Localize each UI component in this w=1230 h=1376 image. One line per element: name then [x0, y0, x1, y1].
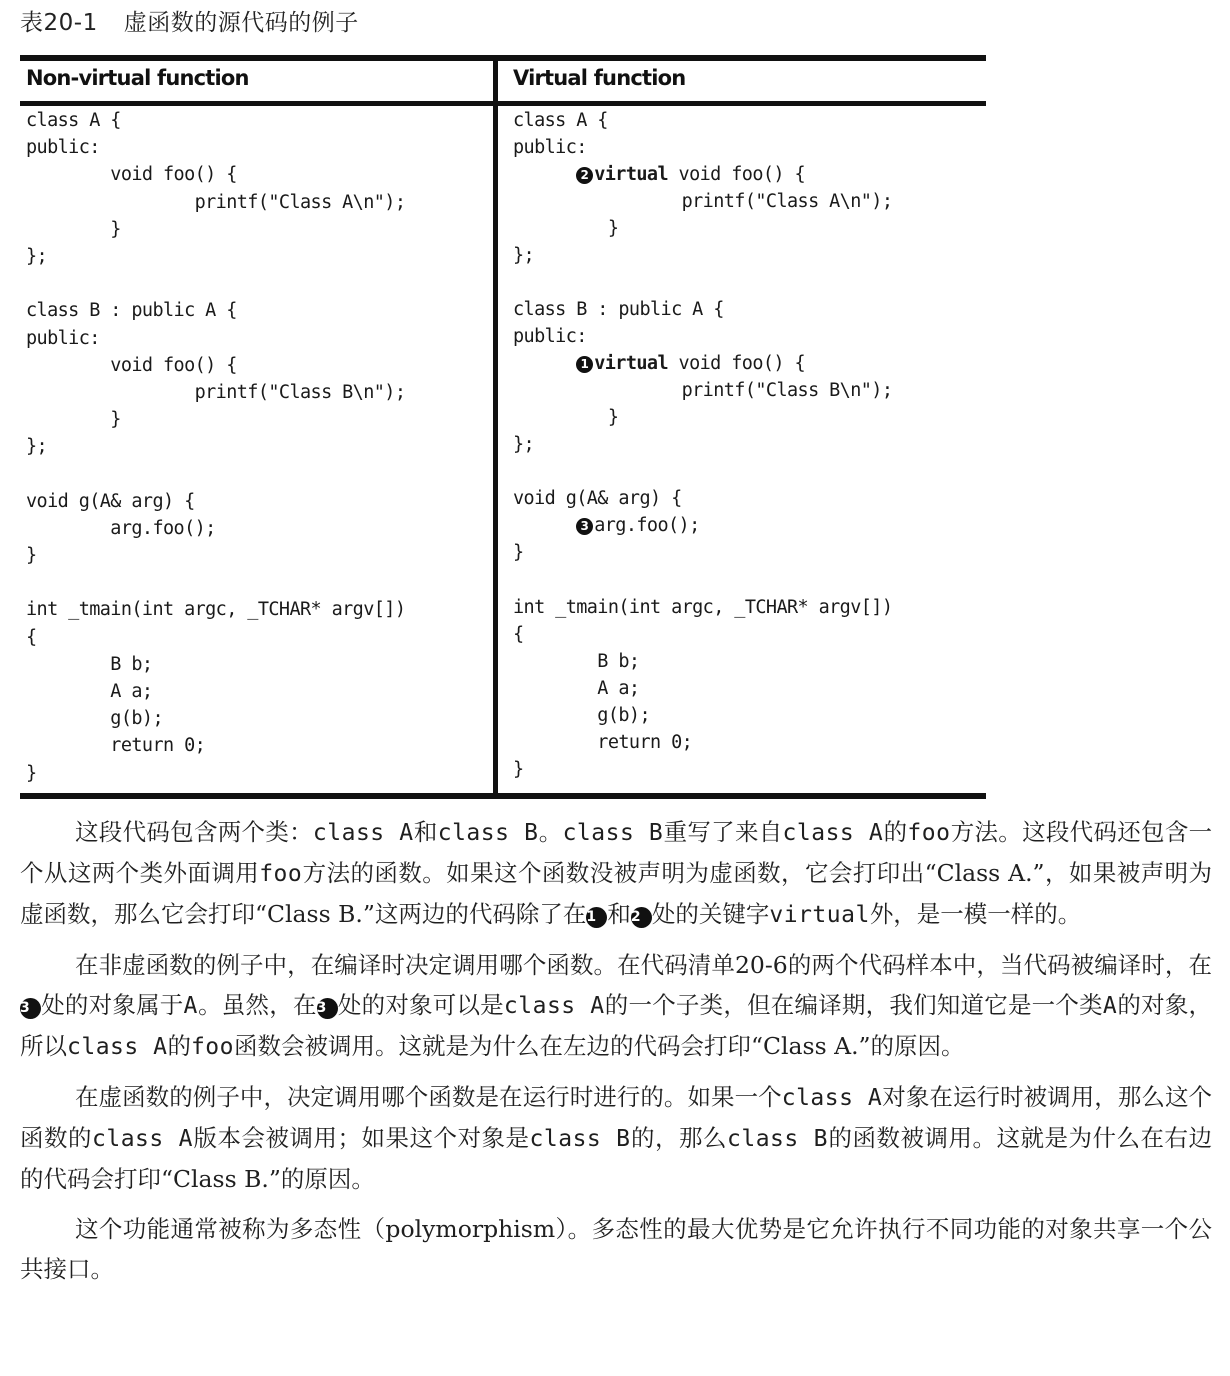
code-line: int _tmain(int argc, _TCHAR* argv[]) — [26, 596, 405, 623]
code-line: printf("Class A\n"); — [26, 189, 405, 216]
inline-code: foo — [259, 861, 302, 887]
column-header-non-virtual: Non-virtual function — [26, 63, 249, 99]
code-line — [26, 460, 405, 487]
callout-marker-1: 1 — [576, 356, 593, 373]
code-line: }; — [513, 242, 892, 269]
code-line: public: — [26, 134, 405, 161]
inline-code: foo — [191, 1034, 234, 1060]
code-comparison-table: Non-virtual function Virtual function cl… — [20, 55, 986, 800]
code-line — [26, 270, 405, 297]
code-line: B b; — [26, 651, 405, 678]
inline-code: class A — [783, 820, 884, 846]
code-line: 3arg.foo(); — [513, 512, 892, 539]
code-line: B b; — [513, 648, 892, 675]
code-line: }; — [26, 433, 405, 460]
inline-code: class A — [782, 1085, 883, 1111]
code-line: }; — [513, 431, 892, 458]
inline-code: class A — [92, 1126, 193, 1152]
inline-code: class B — [563, 820, 664, 846]
code-line: void foo() { — [26, 352, 405, 379]
code-line: } — [26, 216, 405, 243]
table-caption: 表20-1虚函数的源代码的例子 — [20, 4, 359, 37]
code-line: return 0; — [26, 732, 405, 759]
inline-code: class A — [313, 820, 414, 846]
paragraph-4: 这个功能通常被称为多态性（polymorphism）。多态性的最大优势是它允许执… — [20, 1209, 1212, 1289]
table-top-rule — [20, 55, 986, 61]
code-line: arg.foo(); — [26, 515, 405, 542]
column-divider — [493, 55, 498, 799]
inline-code: class A — [504, 993, 605, 1019]
code-line: }; — [26, 243, 405, 270]
code-line: printf("Class A\n"); — [513, 188, 892, 215]
code-line: int _tmain(int argc, _TCHAR* argv[]) — [513, 594, 892, 621]
code-line: } — [513, 539, 892, 566]
callout-marker-2: 2 — [576, 167, 593, 184]
inline-code: foo — [907, 820, 950, 846]
code-line: void foo() { — [26, 161, 405, 188]
inline-code: class B — [530, 1126, 631, 1152]
keyword-virtual: virtual — [594, 353, 668, 374]
callout-marker-3: 3 — [576, 518, 593, 535]
code-line: } — [513, 404, 892, 431]
code-line: 1virtual void foo() { — [513, 350, 892, 377]
code-line: class B : public A { — [513, 296, 892, 323]
code-line: return 0; — [513, 729, 892, 756]
paragraph-2: 在非虚函数的例子中，在编译时决定调用哪个函数。在代码清单20-6的两个代码样本中… — [20, 945, 1212, 1067]
callout-marker-1: 1 — [586, 907, 607, 928]
code-line: A a; — [26, 678, 405, 705]
code-line: g(b); — [513, 702, 892, 729]
code-line: printf("Class B\n"); — [26, 379, 405, 406]
code-line: void g(A& arg) { — [26, 488, 405, 515]
code-line: } — [513, 756, 892, 783]
inline-code: A — [184, 993, 198, 1019]
inline-code: class A — [67, 1034, 167, 1060]
code-line: class B : public A { — [26, 297, 405, 324]
code-line: g(b); — [26, 705, 405, 732]
inline-code: A — [1103, 993, 1117, 1019]
table-title: 虚函数的源代码的例子 — [124, 10, 359, 36]
code-line — [513, 458, 892, 485]
code-line — [513, 566, 892, 593]
column-header-virtual: Virtual function — [513, 63, 685, 99]
callout-marker-3: 3 — [20, 998, 41, 1019]
table-header-rule — [20, 101, 986, 106]
code-line: A a; — [513, 675, 892, 702]
code-line — [26, 569, 405, 596]
code-line: printf("Class B\n"); — [513, 377, 892, 404]
keyword-virtual: virtual — [594, 164, 668, 185]
code-line: { — [26, 624, 405, 651]
body-text: 这段代码包含两个类：class A和class B。class B重写了来自cl… — [20, 812, 1212, 1299]
code-line — [513, 269, 892, 296]
code-line: public: — [26, 325, 405, 352]
inline-code: class B — [438, 820, 539, 846]
code-line: class A { — [513, 107, 892, 134]
paragraph-1: 这段代码包含两个类：class A和class B。class B重写了来自cl… — [20, 812, 1212, 935]
table-bottom-rule — [20, 793, 986, 799]
table-number: 表20-1 — [20, 10, 98, 36]
code-block-non-virtual: class A {public: void foo() { printf("Cl… — [26, 107, 405, 787]
code-line: } — [513, 215, 892, 242]
code-block-virtual: class A {public: 2virtual void foo() { p… — [513, 107, 892, 783]
callout-marker-2: 2 — [631, 907, 652, 928]
code-line: } — [26, 406, 405, 433]
code-line: 2virtual void foo() { — [513, 161, 892, 188]
code-line: } — [26, 542, 405, 569]
code-line: public: — [513, 323, 892, 350]
code-line: class A { — [26, 107, 405, 134]
code-line: { — [513, 621, 892, 648]
inline-code: virtual — [769, 902, 869, 928]
callout-marker-3: 3 — [317, 998, 338, 1019]
inline-code: class B — [727, 1126, 828, 1152]
paragraph-3: 在虚函数的例子中，决定调用哪个函数是在运行时进行的。如果一个class A对象在… — [20, 1077, 1212, 1199]
code-line: void g(A& arg) { — [513, 485, 892, 512]
code-line: public: — [513, 134, 892, 161]
code-line: } — [26, 760, 405, 787]
